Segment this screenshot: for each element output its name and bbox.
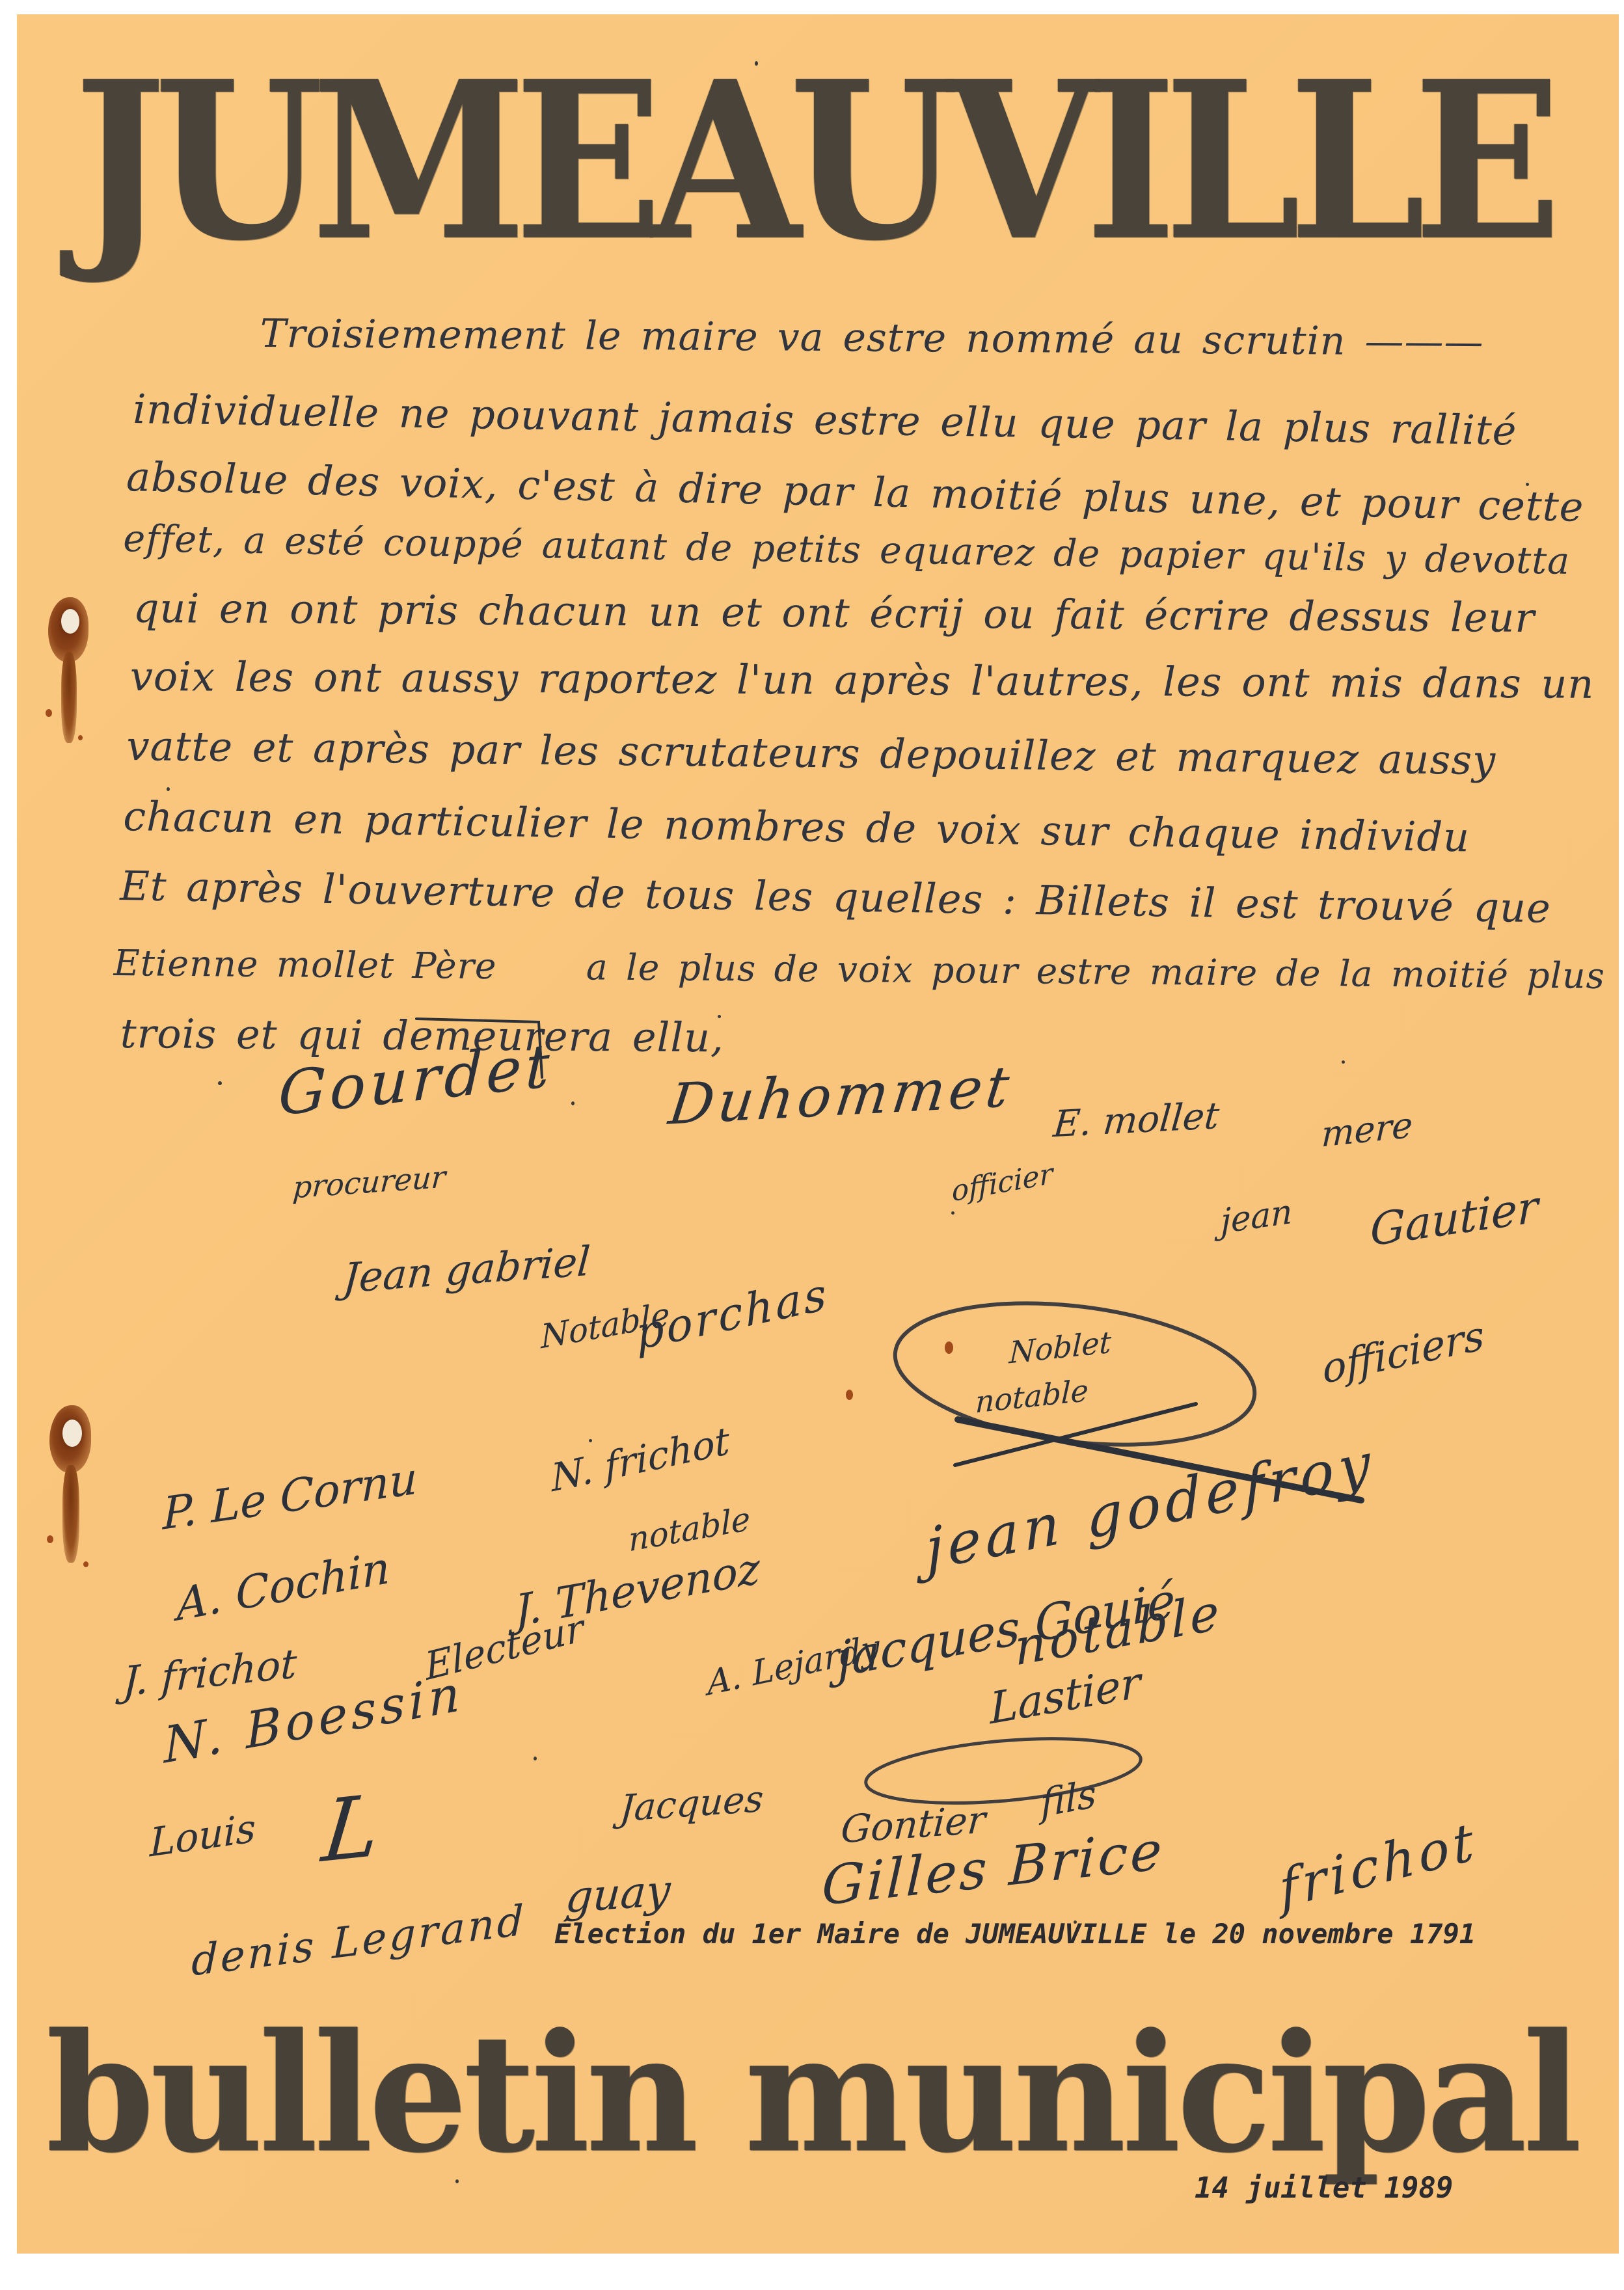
rust-speck (945, 1341, 953, 1354)
manuscript-line: qui en ont pris chacun un et ont écrij o… (133, 584, 1535, 641)
bulletin-cover-page: JUMEAUVILLE Troisiemement le maire va es… (0, 0, 1624, 2290)
signature-mollet-mere: E. mollet (1051, 1095, 1221, 1146)
manuscript-line: voix les ont aussy raportez l'un après l… (130, 653, 1595, 708)
election-caption: Élection du 1er Maire de JUMEAUVILLE le … (554, 1918, 1476, 1950)
signature-louis-leguay-initial: L (318, 1775, 385, 1882)
rust-speck (846, 1390, 853, 1400)
signature-louis-leguay-last: guay (564, 1865, 672, 1923)
issue-date: 14 juillet 1989 (1195, 2172, 1453, 2205)
footer-title: bulletin municipal (46, 1999, 1578, 2189)
manuscript-line: Troisiemement le maire va estre nommé au… (260, 311, 1484, 365)
masthead-title: JUMEAUVILLE (74, 34, 1550, 289)
